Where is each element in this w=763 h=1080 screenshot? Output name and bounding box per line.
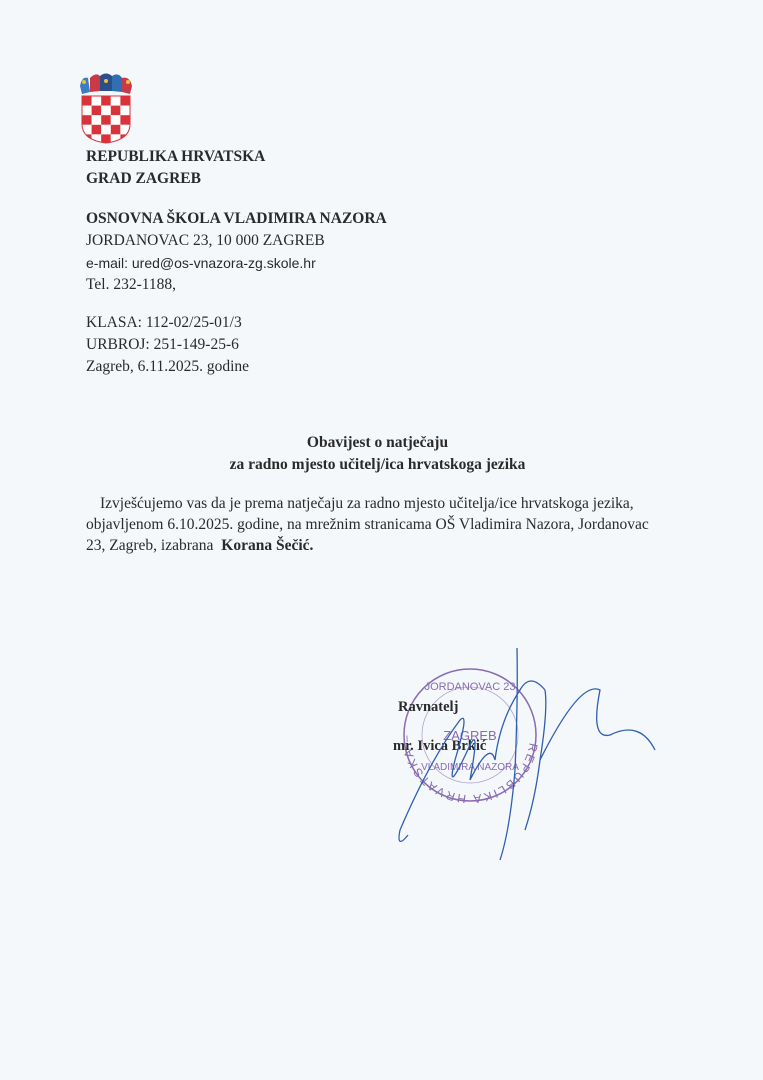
handwritten-signature [0, 0, 763, 1080]
